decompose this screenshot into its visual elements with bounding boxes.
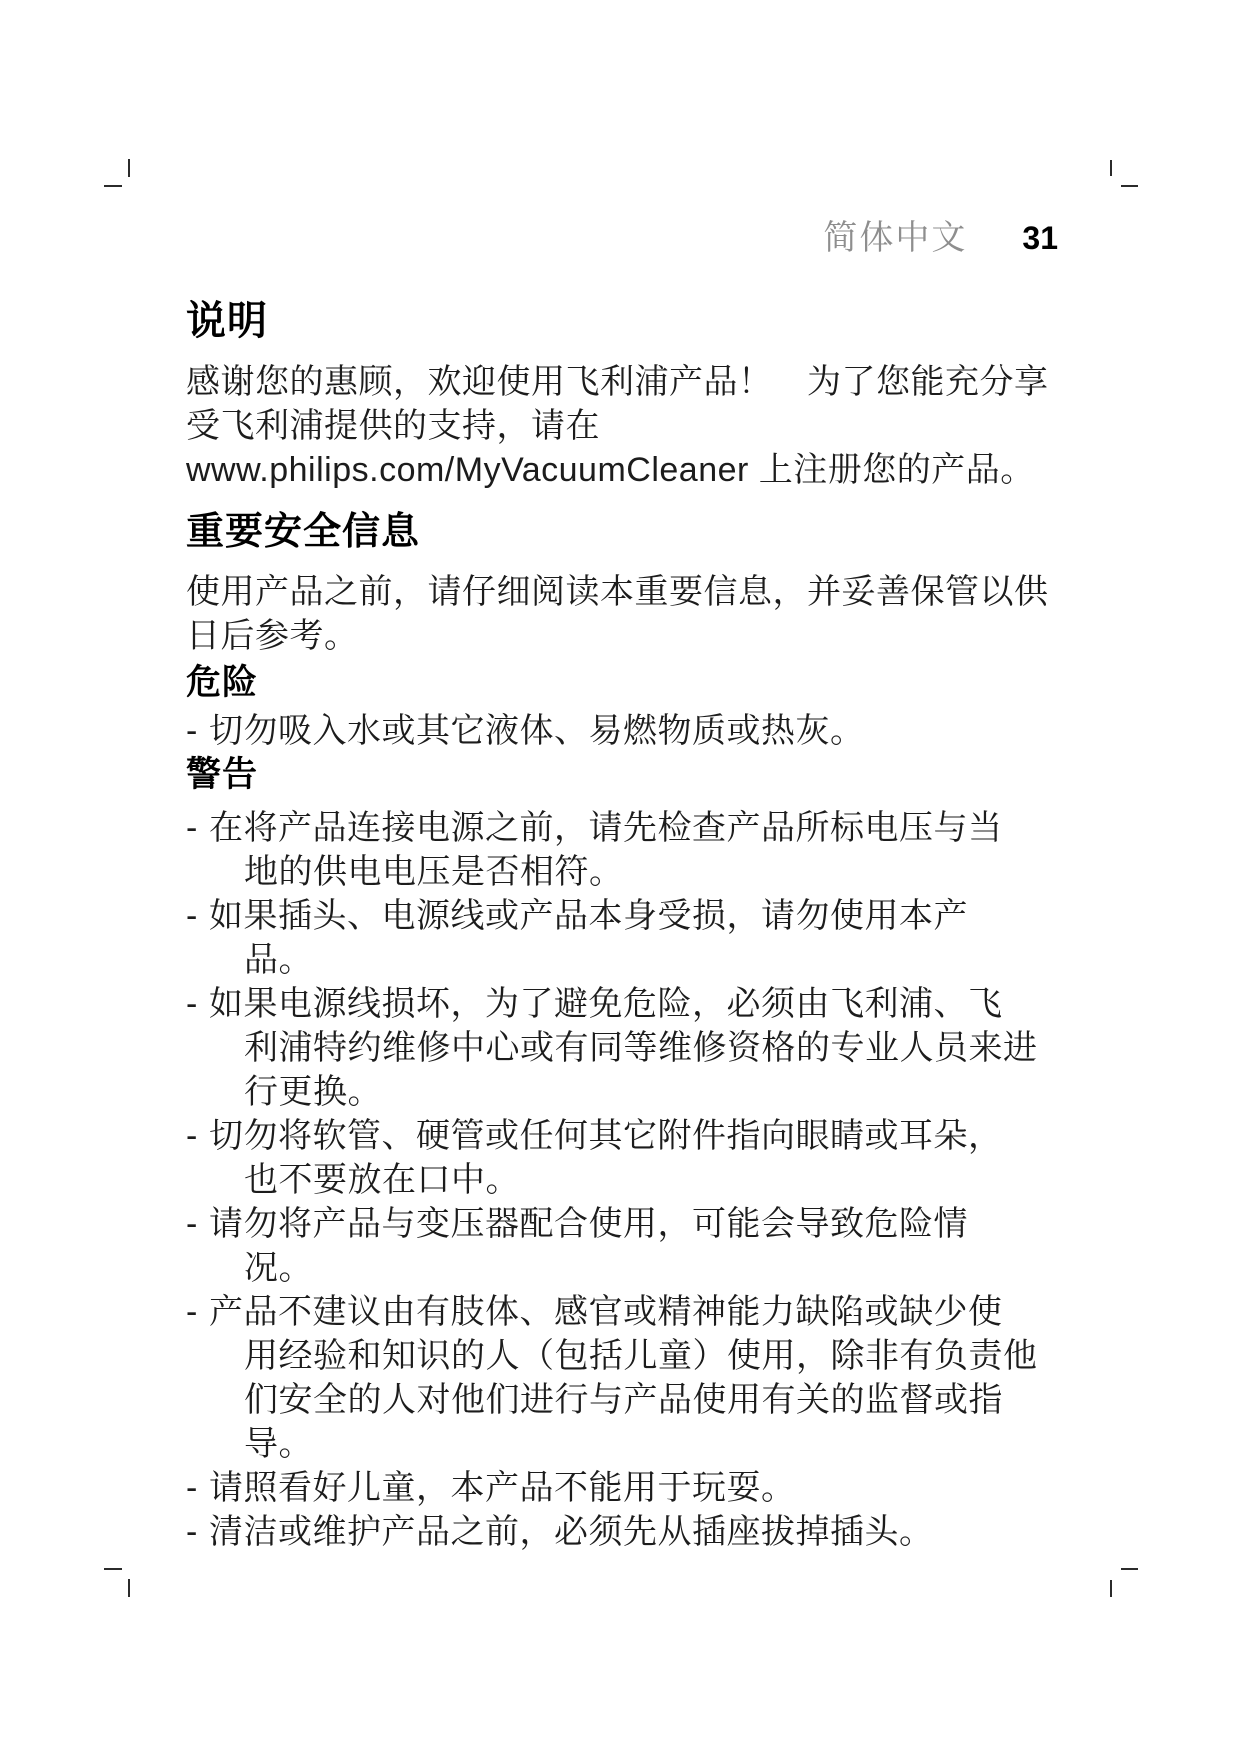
page-number: 31 bbox=[1022, 220, 1058, 256]
crop-mark-bottom-left-vertical bbox=[128, 1579, 130, 1597]
warning-bullet-3: -如果电源线损坏，为了避免危险，必须由飞利浦、飞 利浦特约维修中心或有同等维修资… bbox=[186, 982, 1186, 1114]
crop-mark-top-right-vertical bbox=[1110, 160, 1112, 176]
manual-page: 简体中文31 说明 感谢您的惠顾，欢迎使用飞利浦产品！ 为了您能充分享 受飞利浦… bbox=[0, 0, 1241, 1754]
intro-line-3: www.philips.com/MyVacuumCleaner 上注册您的产品。 bbox=[186, 448, 1186, 492]
warning-bullet-5: -请勿将产品与变压器配合使用，可能会导致危险情 况。 bbox=[186, 1202, 1186, 1290]
danger-bullet-1: -切勿吸入水或其它液体、易燃物质或热灰。 bbox=[186, 709, 1186, 753]
bullet-dash: - bbox=[186, 1510, 198, 1554]
danger-bullet-1-text: 切勿吸入水或其它液体、易燃物质或热灰。 bbox=[209, 712, 865, 750]
crop-mark-bottom-left-horizontal bbox=[104, 1568, 122, 1570]
warning-bullet-6: -产品不建议由有肢体、感官或精神能力缺陷或缺少使 用经验和知识的人（包括儿童）使… bbox=[186, 1290, 1186, 1466]
safety-intro-line-2: 日后参考。 bbox=[186, 614, 1186, 658]
crop-mark-top-right-horizontal bbox=[1121, 185, 1138, 187]
safety-intro-paragraph: 使用产品之前，请仔细阅读本重要信息，并妥善保管以供 日后参考。 bbox=[186, 570, 1186, 658]
warning-bullet-5-text: 请勿将产品与变压器配合使用，可能会导致危险情 况。 bbox=[209, 1205, 968, 1287]
warning-bullet-2: -如果插头、电源线或产品本身受损，请勿使用本产 品。 bbox=[186, 894, 1186, 982]
bullet-dash: - bbox=[186, 1202, 198, 1246]
page-title: 说明 bbox=[186, 300, 1186, 342]
bullet-dash: - bbox=[186, 894, 198, 938]
crop-mark-top-left-vertical bbox=[128, 159, 130, 177]
bullet-dash: - bbox=[186, 806, 198, 850]
intro-line-3-suffix: 上注册您的产品。 bbox=[749, 451, 1035, 489]
crop-mark-bottom-right-vertical bbox=[1110, 1580, 1112, 1597]
warning-bullet-1: -在将产品连接电源之前，请先检查产品所标电压与当 地的供电电压是否相符。 bbox=[186, 806, 1186, 894]
warning-bullet-6-text: 产品不建议由有肢体、感官或精神能力缺陷或缺少使 用经验和知识的人（包括儿童）使用… bbox=[209, 1293, 1038, 1463]
bullet-dash: - bbox=[186, 1114, 198, 1158]
bullet-dash: - bbox=[186, 1466, 198, 1510]
language-label: 简体中文 bbox=[823, 219, 967, 257]
page-content: 简体中文31 说明 感谢您的惠顾，欢迎使用飞利浦产品！ 为了您能充分享 受飞利浦… bbox=[186, 219, 1186, 1554]
bullet-dash: - bbox=[186, 709, 198, 753]
danger-list: -切勿吸入水或其它液体、易燃物质或热灰。 bbox=[186, 709, 1186, 753]
intro-paragraph: 感谢您的惠顾，欢迎使用飞利浦产品！ 为了您能充分享 受飞利浦提供的支持，请在 w… bbox=[186, 360, 1186, 492]
intro-line-1: 感谢您的惠顾，欢迎使用飞利浦产品！ 为了您能充分享 bbox=[186, 360, 1186, 404]
warning-heading: 警告 bbox=[186, 756, 1186, 794]
bullet-dash: - bbox=[186, 1290, 198, 1334]
warning-bullet-2-text: 如果插头、电源线或产品本身受损，请勿使用本产 品。 bbox=[209, 897, 968, 979]
warning-bullet-3-text: 如果电源线损坏，为了避免危险，必须由飞利浦、飞 利浦特约维修中心或有同等维修资格… bbox=[209, 985, 1038, 1111]
warning-bullet-7: -请照看好儿童，本产品不能用于玩耍。 bbox=[186, 1466, 1186, 1510]
crop-mark-top-left-horizontal bbox=[104, 185, 122, 187]
safety-section-title: 重要安全信息 bbox=[186, 512, 1186, 552]
safety-intro-line-1: 使用产品之前，请仔细阅读本重要信息，并妥善保管以供 bbox=[186, 570, 1186, 614]
warning-bullet-8-text: 清洁或维护产品之前，必须先从插座拔掉插头。 bbox=[209, 1513, 934, 1551]
warning-bullet-1-text: 在将产品连接电源之前，请先检查产品所标电压与当 地的供电电压是否相符。 bbox=[209, 809, 1003, 891]
warning-bullet-4: -切勿将软管、硬管或任何其它附件指向眼睛或耳朵， 也不要放在口中。 bbox=[186, 1114, 1186, 1202]
danger-heading: 危险 bbox=[186, 664, 1186, 702]
crop-mark-bottom-right-horizontal bbox=[1121, 1568, 1138, 1570]
warning-list: -在将产品连接电源之前，请先检查产品所标电压与当 地的供电电压是否相符。 -如果… bbox=[186, 806, 1186, 1554]
intro-line-2: 受飞利浦提供的支持，请在 bbox=[186, 404, 1186, 448]
warning-bullet-7-text: 请照看好儿童，本产品不能用于玩耍。 bbox=[209, 1469, 796, 1507]
warning-bullet-4-text: 切勿将软管、硬管或任何其它附件指向眼睛或耳朵， 也不要放在口中。 bbox=[209, 1117, 1003, 1199]
page-header: 简体中文31 bbox=[186, 219, 1058, 264]
registration-url: www.philips.com/MyVacuumCleaner bbox=[186, 451, 749, 489]
bullet-dash: - bbox=[186, 982, 198, 1026]
warning-bullet-8: -清洁或维护产品之前，必须先从插座拔掉插头。 bbox=[186, 1510, 1186, 1554]
